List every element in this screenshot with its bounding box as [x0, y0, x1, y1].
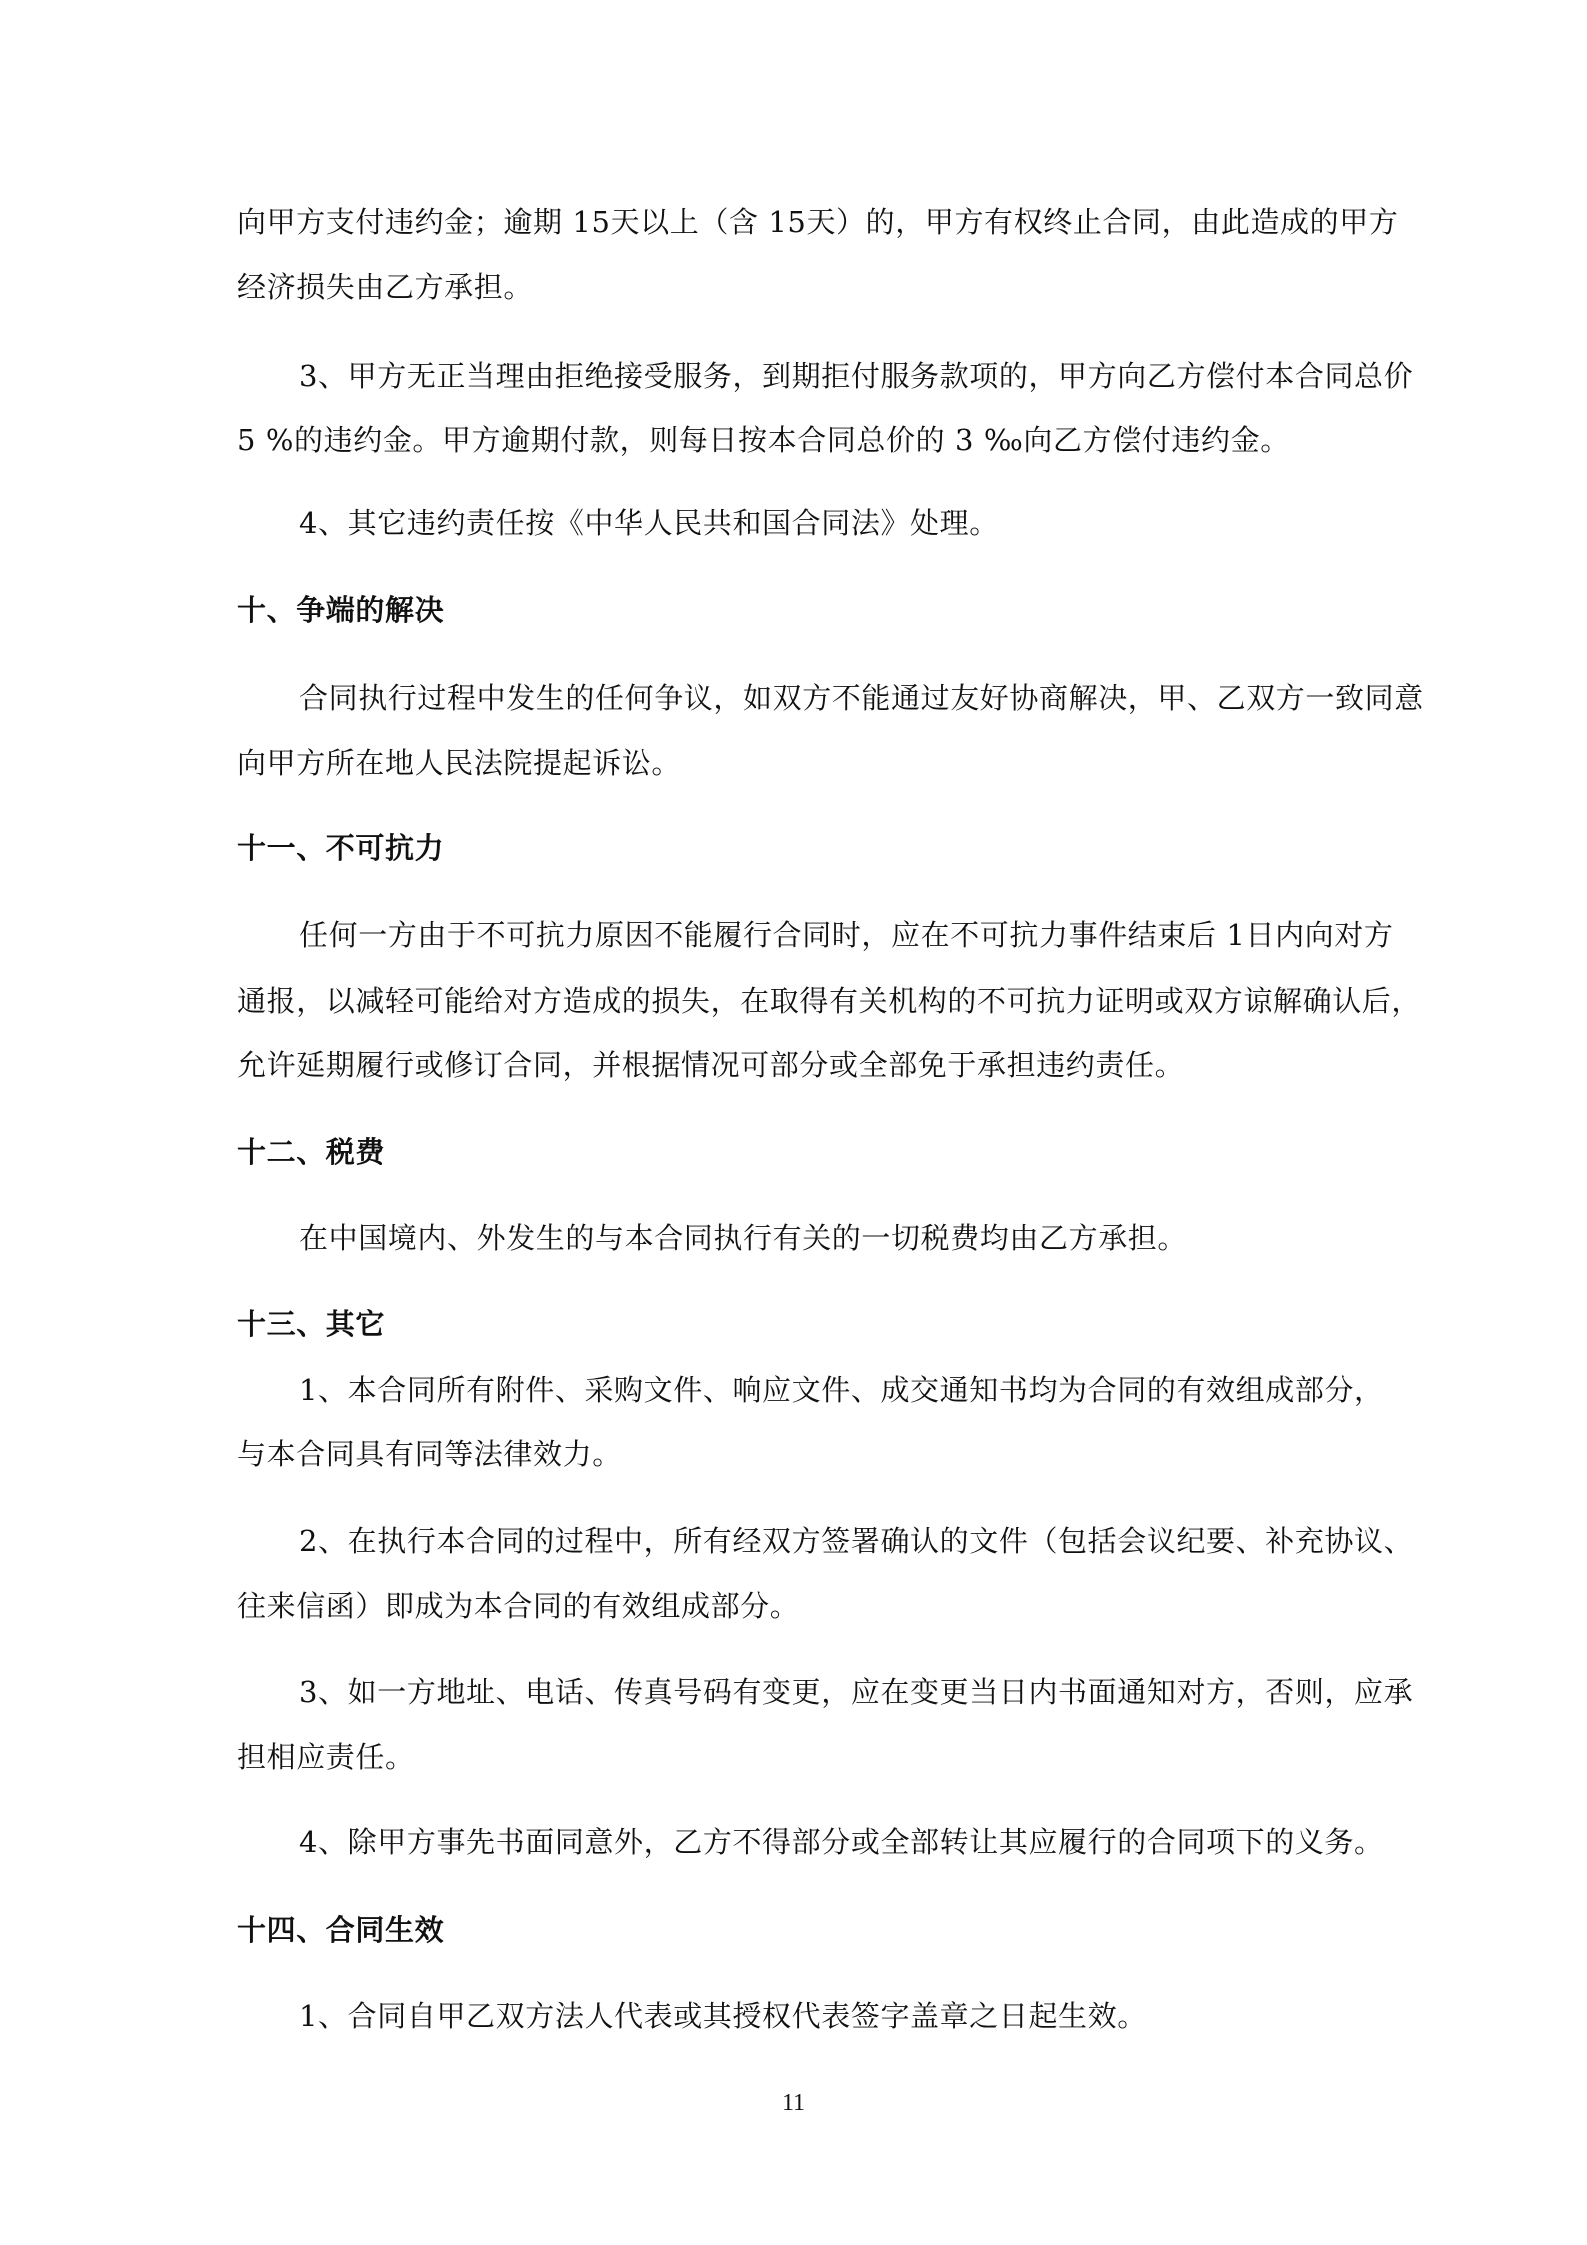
paragraph-line: 3、如一方地址、电话、传真号码有变更，应在变更当日内书面通知对方，否则，应承: [299, 1672, 1367, 1712]
paragraph-line: 2、在执行本合同的过程中，所有经双方签署确认的文件（包括会议纪要、补充协议、: [299, 1521, 1367, 1561]
paragraph-line: 3、甲方无正当理由拒绝接受服务，到期拒付服务款项的，甲方向乙方偿付本合同总价: [299, 356, 1367, 396]
section-heading: 十二、税费: [237, 1132, 1367, 1172]
paragraph-line: 4、其它违约责任按《中华人民共和国合同法》处理。: [299, 503, 1367, 543]
section-heading: 十四、合同生效: [237, 1910, 1367, 1950]
paragraph-line: 向甲方支付违约金；逾期 15天以上（含 15天）的，甲方有权终止合同，由此造成的…: [237, 202, 1367, 242]
page-number: 11: [0, 2088, 1587, 2118]
paragraph-line: 4、除甲方事先书面同意外，乙方不得部分或全部转让其应履行的合同项下的义务。: [299, 1822, 1367, 1862]
section-heading: 十、争端的解决: [237, 590, 1367, 630]
document-page: 向甲方支付违约金；逾期 15天以上（含 15天）的，甲方有权终止合同，由此造成的…: [0, 0, 1587, 2245]
paragraph-line: 合同执行过程中发生的任何争议，如双方不能通过友好协商解决，甲、乙双方一致同意: [299, 678, 1367, 718]
paragraph-line: 通报，以减轻可能给对方造成的损失，在取得有关机构的不可抗力证明或双方谅解确认后，: [237, 981, 1367, 1021]
paragraph-line: 1、本合同所有附件、采购文件、响应文件、成交通知书均为合同的有效组成部分，: [299, 1370, 1367, 1410]
paragraph-line: 往来信函）即成为本合同的有效组成部分。: [237, 1586, 1367, 1626]
paragraph-line: 担相应责任。: [237, 1737, 1367, 1777]
paragraph-line: 在中国境内、外发生的与本合同执行有关的一切税费均由乙方承担。: [299, 1218, 1367, 1258]
section-heading: 十一、不可抗力: [237, 828, 1367, 868]
paragraph-line: 与本合同具有同等法律效力。: [237, 1434, 1367, 1474]
paragraph-line: 经济损失由乙方承担。: [237, 267, 1367, 307]
section-heading: 十三、其它: [237, 1304, 1367, 1344]
paragraph-line: 任何一方由于不可抗力原因不能履行合同时，应在不可抗力事件结束后 1日内向对方: [299, 915, 1367, 955]
paragraph-line: 允许延期履行或修订合同，并根据情况可部分或全部免于承担违约责任。: [237, 1045, 1367, 1085]
paragraph-line: 1、合同自甲乙双方法人代表或其授权代表签字盖章之日起生效。: [299, 1996, 1367, 2036]
paragraph-line: 向甲方所在地人民法院提起诉讼。: [237, 743, 1367, 783]
paragraph-line: 5 %的违约金。甲方逾期付款，则每日按本合同总价的 3 ‰向乙方偿付违约金。: [237, 420, 1367, 460]
